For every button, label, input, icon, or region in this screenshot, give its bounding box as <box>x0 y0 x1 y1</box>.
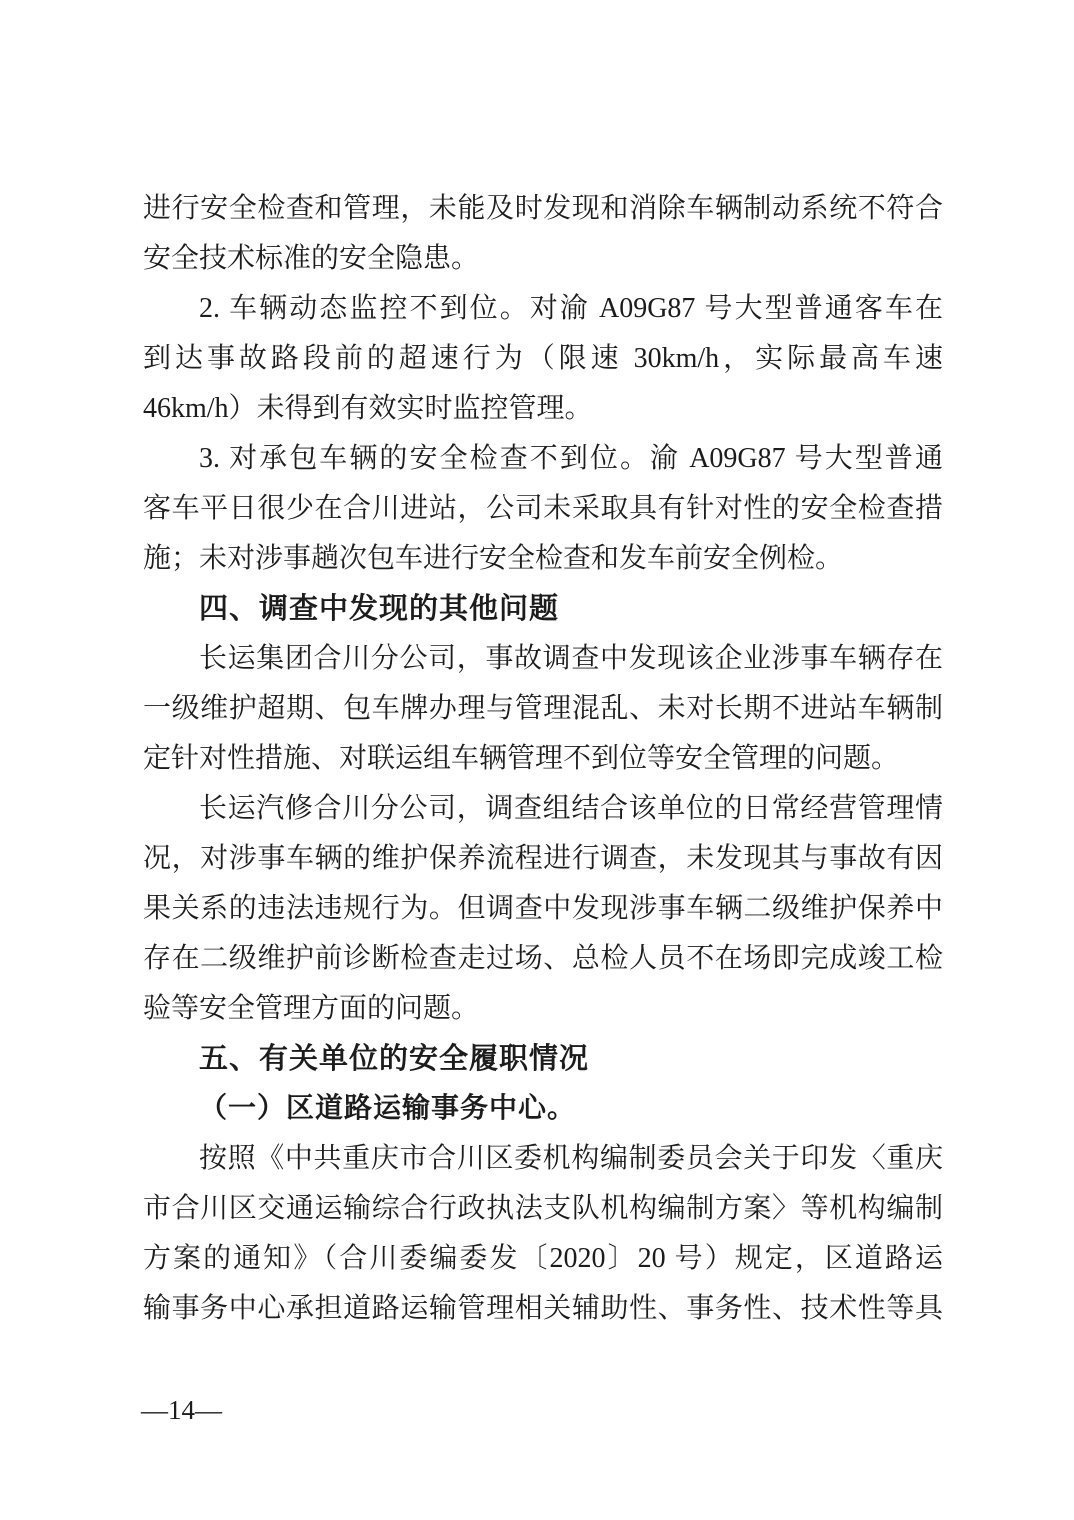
text-line: 3. 对承包车辆的安全检查不到位。渝 A09G87 号大型普通 <box>143 434 943 484</box>
text-line: 2. 车辆动态监控不到位。对渝 A09G87 号大型普通客车在 <box>143 284 943 334</box>
text-line: 输事务中心承担道路运输管理相关辅助性、事务性、技术性等具 <box>143 1284 943 1334</box>
text-line: 况，对涉事车辆的维护保养流程进行调查，未发现其与事故有因 <box>143 834 943 884</box>
text-line: 方案的通知》（合川委编委发〔2020〕20 号）规定，区道路运 <box>143 1234 943 1284</box>
section-heading-5: 五、有关单位的安全履职情况 <box>143 1034 943 1084</box>
text-block: 进行安全检查和管理，未能及时发现和消除车辆制动系统不符合 安全技术标准的安全隐患… <box>143 184 943 1334</box>
text-line: 一级维护超期、包车牌办理与管理混乱、未对长期不进站车辆制 <box>143 684 943 734</box>
text-line: 定针对性措施、对联运组车辆管理不到位等安全管理的问题。 <box>143 734 943 784</box>
text-line: 验等安全管理方面的问题。 <box>143 984 943 1034</box>
page-number: —14— <box>141 1392 222 1428</box>
text-line: 存在二级维护前诊断检查走过场、总检人员不在场即完成竣工检 <box>143 934 943 984</box>
text-line: 按照《中共重庆市合川区委机构编制委员会关于印发〈重庆 <box>143 1134 943 1184</box>
text-line: 到达事故路段前的超速行为（限速 30km/h，实际最高车速 <box>143 334 943 384</box>
text-line: 长运汽修合川分公司，调查组结合该单位的日常经营管理情 <box>143 784 943 834</box>
document-page: 进行安全检查和管理，未能及时发现和消除车辆制动系统不符合 安全技术标准的安全隐患… <box>0 0 1074 1520</box>
text-line: 进行安全检查和管理，未能及时发现和消除车辆制动系统不符合 <box>143 184 943 234</box>
text-line: 果关系的违法违规行为。但调查中发现涉事车辆二级维护保养中 <box>143 884 943 934</box>
text-line: 客车平日很少在合川进站，公司未采取具有针对性的安全检查措 <box>143 484 943 534</box>
text-line: 市合川区交通运输综合行政执法支队机构编制方案〉等机构编制 <box>143 1184 943 1234</box>
text-line: 安全技术标准的安全隐患。 <box>143 234 943 284</box>
subsection-heading: （一）区道路运输事务中心。 <box>143 1084 943 1134</box>
section-heading-4: 四、调查中发现的其他问题 <box>143 584 943 634</box>
text-line: 施；未对涉事趟次包车进行安全检查和发车前安全例检。 <box>143 534 943 584</box>
text-line: 长运集团合川分公司，事故调查中发现该企业涉事车辆存在 <box>143 634 943 684</box>
text-line: 46km/h）未得到有效实时监控管理。 <box>143 384 943 434</box>
